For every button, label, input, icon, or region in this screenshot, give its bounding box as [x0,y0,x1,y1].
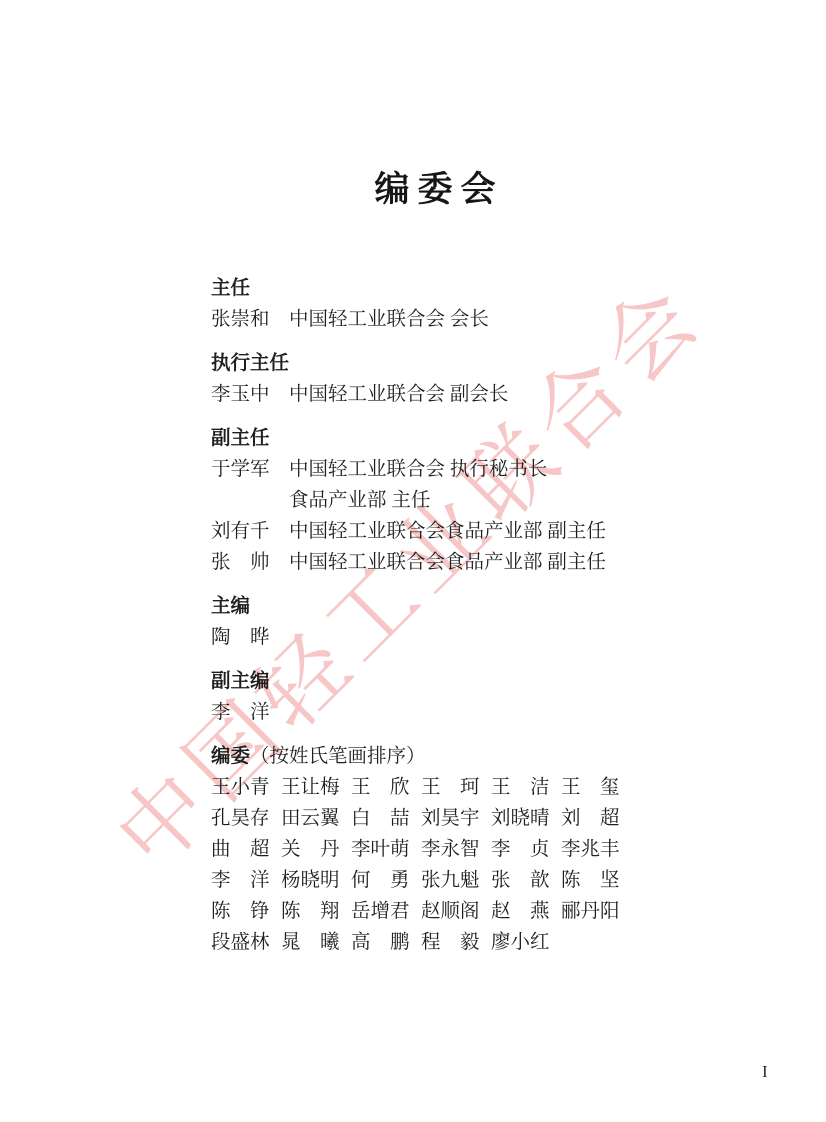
committee-member-name: 白 喆 [351,803,409,834]
committee-row: 陈 铮 陈 翔 岳增君 赵顺阁 赵 燕 郦丹阳 [211,896,681,927]
board-entry: 刘有千 中国轻工业联合会食品产业部 副主任 [211,516,681,547]
section-deputy-chief-editor: 副主编 李 洋 [211,666,681,728]
committee-member-name: 李 洋 [211,865,269,896]
section-label: 主编 [211,591,681,622]
editorial-board-content: 主任 张崇和 中国轻工业联合会 会长 执行主任 李玉中 中国轻工业联合会 副会长… [211,273,681,958]
committee-row: 段盛林 晁 曦 高 鹏 程 毅 廖小红 [211,927,681,958]
committee-member-name: 程 毅 [421,927,479,958]
committee-member-name: 张九魁 [421,865,479,896]
committee-row: 李 洋 杨晓明 何 勇 张九魁 张 歆 陈 坚 [211,865,681,896]
committee-member-name: 刘 超 [561,803,619,834]
section-label: 执行主任 [211,348,681,379]
member-affiliation: 中国轻工业联合会 会长 [289,304,489,335]
board-entry: 张 帅 中国轻工业联合会食品产业部 副主任 [211,547,681,578]
member-name: 于学军 [211,454,270,485]
committee-member-name: 王 玺 [561,772,619,803]
board-entry: 张崇和 中国轻工业联合会 会长 [211,304,681,335]
committee-member-name: 廖小红 [491,927,549,958]
section-editorial-committee: 编委（按姓氏笔画排序） 王小青 王让梅 王 欣 王 珂 王 洁 王 玺 孔昊存 … [211,741,681,958]
committee-member-name: 赵 燕 [491,896,549,927]
committee-member-name: 王 洁 [491,772,549,803]
committee-member-name: 陈 坚 [561,865,619,896]
committee-member-name: 张 歆 [491,865,549,896]
committee-member-name: 王让梅 [281,772,339,803]
affiliation-line: 食品产业部 主任 [289,485,547,516]
committee-member-name: 王 珂 [421,772,479,803]
committee-sort-note: （按姓氏笔画排序） [250,746,426,767]
committee-member-name: 晁 曦 [281,927,339,958]
member-name: 李玉中 [211,379,270,410]
board-entry: 于学军 中国轻工业联合会 执行秘书长 食品产业部 主任 [211,454,681,516]
member-affiliation: 中国轻工业联合会 执行秘书长 食品产业部 主任 [289,454,547,516]
committee-member-name: 岳增君 [351,896,409,927]
board-entry: 陶 晔 [211,622,681,653]
committee-member-name: 关 丹 [281,834,339,865]
committee-row: 孔昊存 田云翼 白 喆 刘昊宇 刘晓晴 刘 超 [211,803,681,834]
committee-row: 王小青 王让梅 王 欣 王 珂 王 洁 王 玺 [211,772,681,803]
committee-member-name: 李 贞 [491,834,549,865]
committee-row: 曲 超 关 丹 李叶萌 李永智 李 贞 李兆丰 [211,834,681,865]
section-label: 副主编 [211,666,681,697]
committee-member-name: 赵顺阁 [421,896,479,927]
committee-member-name: 陈 铮 [211,896,269,927]
page-title: 编委会 [210,162,660,212]
document-page: 中国轻工业联合会 编委会 主任 张崇和 中国轻工业联合会 会长 执行主任 李玉中… [0,0,826,1122]
member-name: 陶 晔 [211,622,270,653]
committee-member-name: 王小青 [211,772,269,803]
board-entry: 李 洋 [211,697,681,728]
member-name: 刘有千 [211,516,270,547]
section-label: 主任 [211,273,681,304]
committee-member-name: 陈 翔 [281,896,339,927]
committee-member-name: 孔昊存 [211,803,269,834]
member-name: 张崇和 [211,304,270,335]
member-affiliation: 中国轻工业联合会食品产业部 副主任 [289,516,606,547]
member-name: 张 帅 [211,547,270,578]
committee-label: 编委 [211,746,250,767]
section-label: 副主任 [211,423,681,454]
committee-member-name: 高 鹏 [351,927,409,958]
committee-member-name: 刘昊宇 [421,803,479,834]
affiliation-line: 中国轻工业联合会 副会长 [289,384,508,405]
section-chief-editor: 主编 陶 晔 [211,591,681,653]
member-name: 李 洋 [211,697,270,728]
member-affiliation: 中国轻工业联合会 副会长 [289,379,508,410]
section-director: 主任 张崇和 中国轻工业联合会 会长 [211,273,681,335]
committee-member-name: 曲 超 [211,834,269,865]
committee-member-name: 李永智 [421,834,479,865]
committee-member-name: 杨晓明 [281,865,339,896]
committee-member-name: 李兆丰 [561,834,619,865]
member-affiliation: 中国轻工业联合会食品产业部 副主任 [289,547,606,578]
committee-member-name: 郦丹阳 [561,896,619,927]
affiliation-line: 中国轻工业联合会食品产业部 副主任 [289,521,606,542]
committee-member-name: 王 欣 [351,772,409,803]
committee-member-name: 何 勇 [351,865,409,896]
committee-member-name: 段盛林 [211,927,269,958]
committee-member-name: 刘晓晴 [491,803,549,834]
committee-member-name: 田云翼 [281,803,339,834]
section-executive-director: 执行主任 李玉中 中国轻工业联合会 副会长 [211,348,681,410]
committee-member-name: 李叶萌 [351,834,409,865]
affiliation-line: 中国轻工业联合会 执行秘书长 [289,454,547,485]
affiliation-line: 中国轻工业联合会食品产业部 副主任 [289,552,606,573]
section-deputy-directors: 副主任 于学军 中国轻工业联合会 执行秘书长 食品产业部 主任 刘有千 中国轻工… [211,423,681,578]
section-label: 编委（按姓氏笔画排序） [211,741,681,772]
board-entry: 李玉中 中国轻工业联合会 副会长 [211,379,681,410]
page-number: I [762,1062,768,1082]
affiliation-line: 中国轻工业联合会 会长 [289,309,489,330]
